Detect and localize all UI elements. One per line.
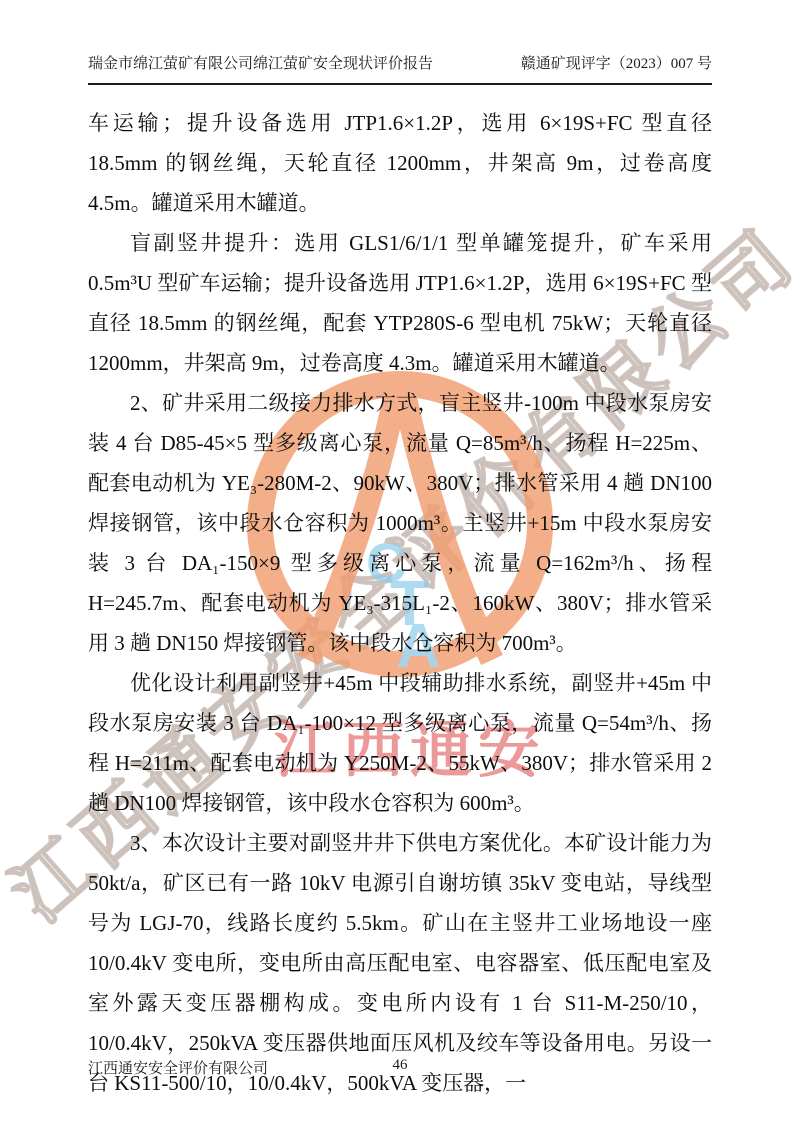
page-number: 46 xyxy=(88,1057,712,1074)
report-title: 瑞金市绵江萤矿有限公司绵江萤矿安全现状评价报告 xyxy=(88,52,433,73)
document-content: 瑞金市绵江萤矿有限公司绵江萤矿安全现状评价报告 赣通矿现评字（2023）007 … xyxy=(0,0,800,1131)
body-paragraph: 车运输；提升设备选用 JTP1.6×1.2P，选用 6×19S+FC 型直径 1… xyxy=(88,103,712,223)
page-header: 瑞金市绵江萤矿有限公司绵江萤矿安全现状评价报告 赣通矿现评字（2023）007 … xyxy=(88,0,712,85)
doc-number: 赣通矿现评字（2023）007 号 xyxy=(521,52,712,73)
body-text: 车运输；提升设备选用 JTP1.6×1.2P，选用 6×19S+FC 型直径 1… xyxy=(88,103,712,1103)
page-footer: 江西通安安全评价有限公司 46 xyxy=(88,1057,712,1077)
body-paragraph: 优化设计利用副竖井+45m 中段辅助排水系统，副竖井+45m 中段水泵房安装 3… xyxy=(88,663,712,823)
body-paragraph: 2、矿井采用二级接力排水方式，盲主竖井-100m 中段水泵房安装 4 台 D85… xyxy=(88,383,712,663)
report-page: 江西通安安全评价有限公司 C T A 江西通安 瑞金市绵江萤矿有限公司绵江萤矿安… xyxy=(0,0,800,1131)
body-paragraph: 盲副竖井提升：选用 GLS1/6/1/1 型单罐笼提升，矿车采用 0.5m³U … xyxy=(88,223,712,383)
